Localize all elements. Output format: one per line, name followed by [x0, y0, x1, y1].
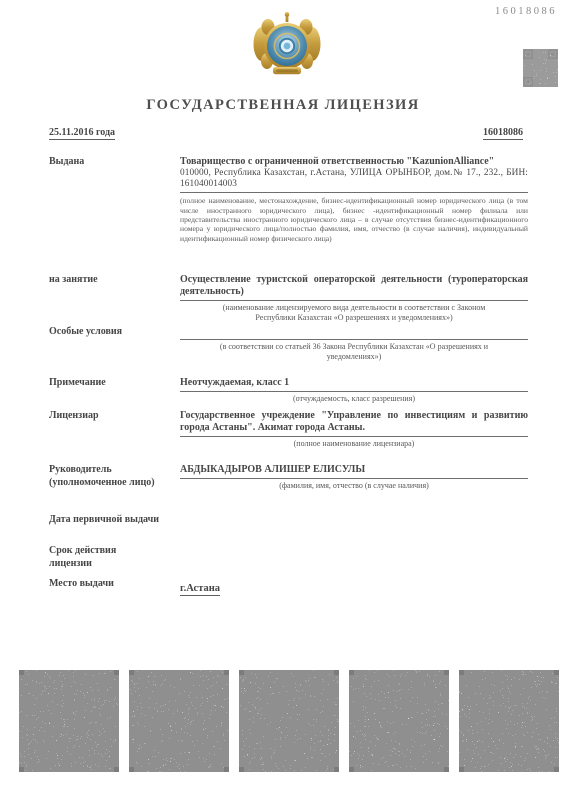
activity-value: Осуществление туристской операторской де… [180, 274, 528, 301]
field-licensor: Лицензиар Государственное учреждение "Уп… [49, 410, 528, 449]
licensee-address: 010000, Республика Казахстан, г.Астана, … [180, 168, 528, 190]
state-license-document: 16018086 [0, 0, 566, 800]
field-caption: (полное наименование лицензиара) [180, 437, 528, 449]
field-caption: (полное наименование, местонахождение, б… [180, 193, 528, 243]
kazakhstan-coat-of-arms-icon [252, 10, 322, 77]
stamp-block [19, 670, 559, 772]
licensee-organization: Товарищество с ограниченной ответственно… [180, 156, 528, 168]
field-first-issue-date: Дата первичной выдачи [49, 514, 528, 527]
field-label: Выдана [49, 156, 180, 243]
field-activity: на занятие Осуществление туристской опер… [49, 274, 528, 323]
field-caption: (отчуждаемость, класс разрешения) [180, 392, 528, 404]
field-label: Особые условия [49, 326, 180, 362]
field-issue-place: Место выдачи г.Астана [49, 578, 528, 596]
field-caption: (в соответствии со статьей 36 Закона Рес… [180, 340, 528, 362]
field-issued-to: Выдана Товарищество с ограниченной ответ… [49, 156, 528, 243]
head-value: АБДЫКАДЫРОВ АЛИШЕР ЕЛИСУЛЫ [180, 464, 528, 479]
document-title: ГОСУДАРСТВЕННАЯ ЛИЦЕНЗИЯ [0, 97, 566, 114]
field-label: Дата первичной выдачи [49, 514, 180, 527]
licensor-value: Государственное учреждение "Управление п… [180, 410, 528, 437]
field-label: на занятие [49, 274, 180, 323]
field-label: Место выдачи [49, 578, 180, 596]
validity-period-value [180, 545, 528, 570]
field-label: Примечание [49, 377, 180, 404]
field-head: Руководитель (уполномоченное лицо) АБДЫК… [49, 464, 528, 491]
field-validity-period: Срок действия лицензии [49, 545, 528, 570]
issue-date: 25.11.2016 года [49, 127, 115, 140]
license-number: 16018086 [483, 127, 523, 140]
field-caption: (наименование лицензируемого вида деятел… [180, 301, 528, 323]
special-conditions-value [180, 326, 528, 340]
first-issue-date-value [180, 514, 528, 527]
date-and-number-row: 25.11.2016 года 16018086 [49, 127, 523, 140]
qr-code-icon [523, 49, 558, 87]
note-value: Неотчуждаемая, класс 1 [180, 377, 528, 392]
digital-signature-stamps [19, 670, 559, 773]
field-label: Лицензиар [49, 410, 180, 449]
field-special-conditions: Особые условия (в соответствии со статье… [49, 326, 528, 362]
issue-place-value: г.Астана [180, 583, 220, 596]
field-label: Руководитель (уполномоченное лицо) [49, 464, 180, 491]
field-note: Примечание Неотчуждаемая, класс 1 (отчуж… [49, 377, 528, 404]
field-caption: (фамилия, имя, отчество (в случае наличи… [180, 479, 528, 491]
field-label: Срок действия лицензии [49, 545, 180, 570]
document-number-top-right: 16018086 [495, 6, 557, 17]
